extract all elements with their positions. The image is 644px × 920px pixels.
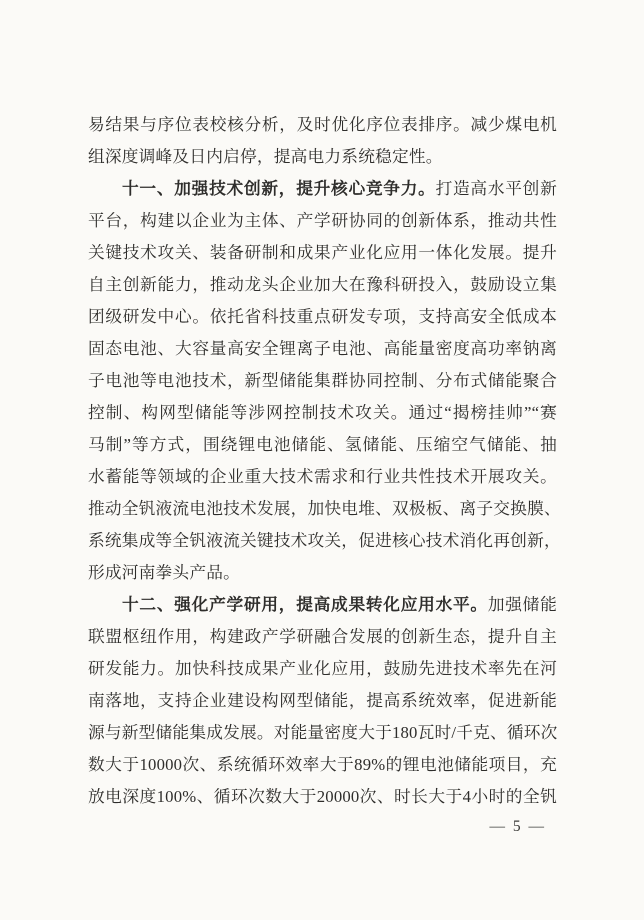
text-line: 放电深度100%、循环次数大于20000次、时长大于4小时的全钒: [88, 781, 557, 813]
text-line: 组深度调峰及日内启停，提高电力系统稳定性。: [88, 141, 557, 173]
text-line: 数大于10000次、系统循环效率大于89%的锂电池储能项目，充: [88, 749, 557, 781]
section-heading: 十一、加强技术创新，提升核心竞争力。: [122, 179, 436, 198]
text-line: 子电池等电池技术，新型储能集群协同控制、分布式储能聚合: [88, 365, 557, 397]
line-text: 放电深度100%、循环次数大于20000次、时长大于4小时的全钒: [88, 787, 557, 806]
line-text: 平台，构建以企业为主体、产学研协同的创新体系，推动共性: [88, 211, 557, 230]
text-line: 关键技术攻关、装备研制和成果产业化应用一体化发展。提升: [88, 237, 557, 269]
text-line: 易结果与序位表校核分析，及时优化序位表排序。减少煤电机: [88, 109, 557, 141]
line-text: 水蓄能等领域的企业重大技术需求和行业共性技术开展攻关。: [88, 467, 557, 486]
line-text: 推动全钒液流电池技术发展，加快电堆、双极板、离子交换膜、: [88, 499, 561, 518]
text-line: 团级研发中心。依托省科技重点研发专项，支持高安全低成本: [88, 301, 557, 333]
line-text: 子电池等电池技术，新型储能集群协同控制、分布式储能聚合: [88, 371, 557, 390]
section-heading: 十二、强化产学研用，提高成果转化应用水平。: [122, 595, 488, 614]
text-line: 马制”等方式，围绕锂电池储能、氢储能、压缩空气储能、抽: [88, 429, 557, 461]
line-text: 马制”等方式，围绕锂电池储能、氢储能、压缩空气储能、抽: [88, 435, 557, 454]
text-line: 推动全钒液流电池技术发展，加快电堆、双极板、离子交换膜、: [88, 493, 557, 525]
line-text: 固态电池、大容量高安全锂离子电池、高能量密度高功率钠离: [88, 339, 557, 358]
line-text: 南落地，支持企业建设构网型储能，提高系统效率，促进新能: [88, 691, 557, 710]
line-text: 关键技术攻关、装备研制和成果产业化应用一体化发展。提升: [88, 243, 557, 262]
line-text: 系统集成等全钒液流关键技术攻关，促进核心技术消化再创新，: [88, 531, 561, 550]
line-text: 控制、构网型储能等涉网控制技术攻关。通过“揭榜挂帅”“赛: [88, 403, 557, 422]
line-text: 源与新型储能集成发展。对能量密度大于180瓦时/千克、循环次: [88, 723, 558, 742]
text-line: 控制、构网型储能等涉网控制技术攻关。通过“揭榜挂帅”“赛: [88, 397, 557, 429]
line-text: 数大于10000次、系统循环效率大于89%的锂电池储能项目，充: [88, 755, 557, 774]
text-line: 南落地，支持企业建设构网型储能，提高系统效率，促进新能: [88, 685, 557, 717]
line-text: 研发能力。加快科技成果产业化应用，鼓励先进技术率先在河: [88, 659, 557, 678]
text-line: 联盟枢纽作用，构建政产学研融合发展的创新生态，提升自主: [88, 621, 557, 653]
page-number: — 5 —: [490, 818, 547, 836]
line-text: 打造高水平创新: [436, 179, 557, 198]
line-text: 加强储能: [488, 595, 557, 614]
document-body: 易结果与序位表校核分析，及时优化序位表排序。减少煤电机组深度调峰及日内启停，提高…: [88, 109, 557, 813]
line-text: 团级研发中心。依托省科技重点研发专项，支持高安全低成本: [88, 307, 557, 326]
line-text: 形成河南拳头产品。: [88, 563, 240, 582]
line-text: 组深度调峰及日内启停，提高电力系统稳定性。: [88, 147, 443, 166]
text-line: 形成河南拳头产品。: [88, 557, 557, 589]
document-page: 易结果与序位表校核分析，及时优化序位表排序。减少煤电机组深度调峰及日内启停，提高…: [0, 0, 644, 920]
text-line: 研发能力。加快科技成果产业化应用，鼓励先进技术率先在河: [88, 653, 557, 685]
text-line: 系统集成等全钒液流关键技术攻关，促进核心技术消化再创新，: [88, 525, 557, 557]
text-line: 固态电池、大容量高安全锂离子电池、高能量密度高功率钠离: [88, 333, 557, 365]
text-line: 自主创新能力，推动龙头企业加大在豫科研投入，鼓励设立集: [88, 269, 557, 301]
line-text: 联盟枢纽作用，构建政产学研融合发展的创新生态，提升自主: [88, 627, 557, 646]
line-text: 自主创新能力，推动龙头企业加大在豫科研投入，鼓励设立集: [88, 275, 557, 294]
text-line: 源与新型储能集成发展。对能量密度大于180瓦时/千克、循环次: [88, 717, 557, 749]
text-line: 十一、加强技术创新，提升核心竞争力。打造高水平创新: [88, 173, 557, 205]
text-line: 十二、强化产学研用，提高成果转化应用水平。加强储能: [88, 589, 557, 621]
text-line: 水蓄能等领域的企业重大技术需求和行业共性技术开展攻关。: [88, 461, 557, 493]
text-line: 平台，构建以企业为主体、产学研协同的创新体系，推动共性: [88, 205, 557, 237]
line-text: 易结果与序位表校核分析，及时优化序位表排序。减少煤电机: [88, 115, 557, 134]
